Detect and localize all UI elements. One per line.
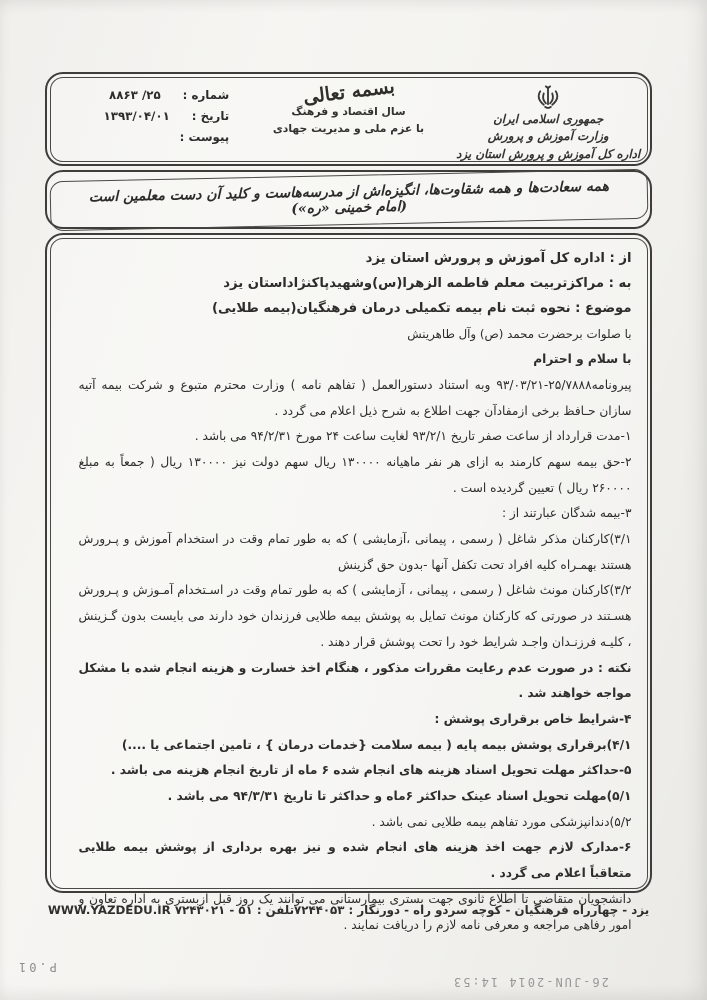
besmellah-block: بسمه تعالی سال اقتصاد و فرهنگ با عزم ملی…: [247, 78, 450, 161]
subject-line: موضوع : نحوه ثبت نام بیمه تکمیلی درمان ف…: [79, 296, 632, 321]
paragraph-item-6: ۶-مدارک لازم جهت اخذ هزینه های انجام شده…: [79, 835, 632, 886]
org-line-ministry: وزارت آموزش و پرورش: [450, 128, 647, 146]
iran-allah-emblem-icon: [531, 84, 565, 110]
salawat-line: با صلوات برحضرت محمد (ص) وآل طاهرینش: [79, 322, 632, 347]
organization-block: جمهوری اسلامی ایران وزارت آموزش و پرورش …: [450, 78, 647, 161]
from-line: از : اداره کل آموزش و پرورش استان یزد: [79, 246, 632, 271]
attachment-label: پیوست :: [180, 130, 230, 144]
to-line: به : مراکزتربیت معلم فاطمه الزهرا(س)وشهی…: [79, 271, 632, 296]
paragraph-item-4: ۴-شرایط خاص برقراری پوشش :: [79, 707, 632, 733]
paragraph-item-2: ۲-حق بیمه سهم کارمند به ازای هر نفر ماهی…: [79, 450, 632, 501]
quote-box: همه سعادت‌ها و همه شقاوت‌ها، انگیزه‌اش ا…: [45, 170, 652, 229]
number-value: ۸۸۶۳ /۲۵: [109, 88, 161, 102]
org-line-country: جمهوری اسلامی ایران: [450, 111, 647, 129]
date-label: تاریخ :: [192, 109, 229, 123]
paragraph-item-3: ۳-بیمه شدگان عبارتند از :: [79, 501, 632, 527]
date-value: ۱۳۹۳/۰۴/۰۱: [104, 109, 170, 123]
paragraph-item-1: ۱-مدت قرارداد از ساعت صفر تاریخ ۹۳/۲/۱ ل…: [79, 424, 632, 450]
paragraph-reference: پیرونامه۲۵/۷۸۸۸-۹۳/۰۳/۲۱ وبه استناد دستو…: [79, 373, 632, 424]
scanned-letter-page: جمهوری اسلامی ایران وزارت آموزش و پرورش …: [0, 0, 707, 1000]
meta-attachment-row: پیوست :: [61, 130, 230, 144]
paragraph-item-3-1: ۳/۱)کارکنان مذکر شاغل ( رسمی ، پیمانی ،آ…: [79, 527, 632, 578]
org-line-department: اداره کل آموزش و پرورش استان یزد: [450, 146, 647, 164]
letterhead-box: جمهوری اسلامی ایران وزارت آموزش و پرورش …: [45, 72, 652, 166]
year-slogan-line2: با عزم ملی و مدیریت جهادی: [247, 120, 450, 138]
note-line: نکته : در صورت عدم رعایت مقررات مذکور ، …: [79, 656, 632, 707]
number-label: شماره :: [183, 88, 230, 102]
fax-timestamp: 26-JUN-2014 14:53: [452, 975, 609, 989]
meta-date-row: تاریخ : ۱۳۹۳/۰۴/۰۱: [61, 109, 230, 123]
year-slogan-line1: سال اقتصاد و فرهنگ: [247, 103, 450, 121]
imam-quote: همه سعادت‌ها و همه شقاوت‌ها، انگیزه‌اش ا…: [49, 168, 648, 231]
paragraph-item-5: ۵-حداکثر مهلت تحویل اسناد هزینه های انجا…: [79, 758, 632, 784]
fax-page-number: P.01: [16, 960, 57, 974]
letter-meta: شماره : ۸۸۶۳ /۲۵ تاریخ : ۱۳۹۳/۰۴/۰۱ پیوس…: [51, 78, 248, 161]
letter-body-box: از : اداره کل آموزش و پرورش استان یزد به…: [45, 233, 652, 893]
greeting-line: با سلام و احترام: [79, 347, 632, 373]
paragraph-item-5-1: ۵/۱)مهلت تحویل اسناد عینک حداکثر ۶ماه و …: [79, 784, 632, 810]
paragraph-item-5-2: ۵/۲)دندانپزشکی مورد تفاهم بیمه طلایی نمی…: [79, 810, 632, 836]
paragraph-item-3-2: ۳/۲)کارکنان مونث شاغل ( رسمی ، پیمانی ، …: [79, 578, 632, 655]
paragraph-item-4-1: ۴/۱)برقراری پوشش بیمه پایه ( بیمه سلامت …: [79, 733, 632, 759]
footer-address: یزد - چهارراه فرهنگیان - کوچه سردو راه -…: [45, 903, 652, 917]
meta-number-row: شماره : ۸۸۶۳ /۲۵: [61, 88, 230, 102]
